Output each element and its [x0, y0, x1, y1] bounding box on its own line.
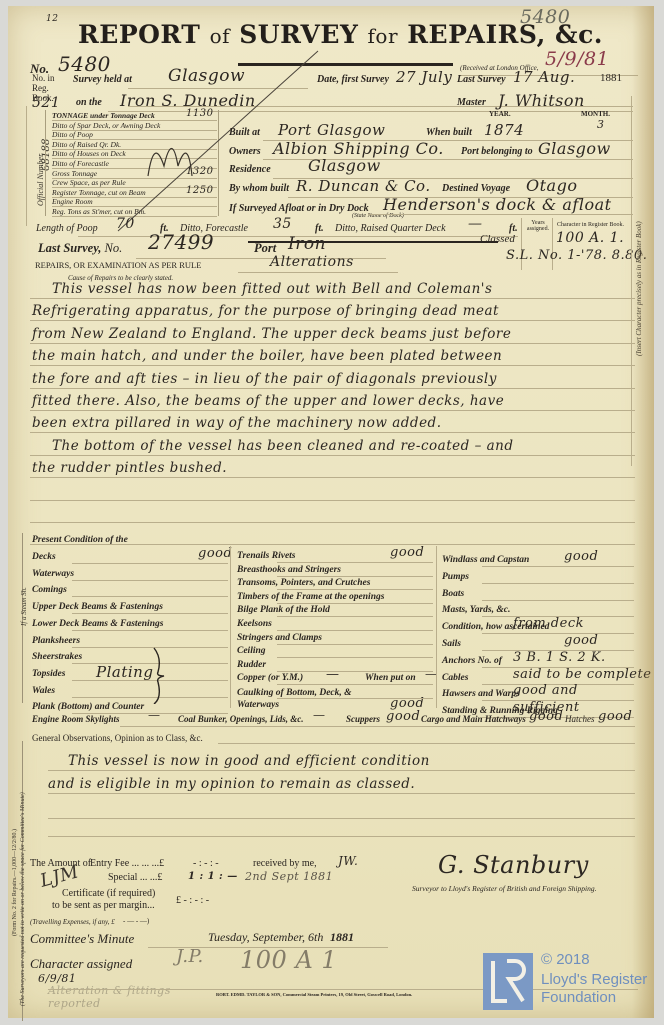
master-label: Master — [457, 97, 486, 108]
surveyed-label: If Surveyed Afloat or in Dry Dock — [229, 203, 369, 214]
voyage-value: Otago — [526, 176, 577, 195]
repairs-label: REPAIRS, OR EXAMINATION AS PER RULE — [35, 260, 201, 270]
tonnage-label: Engine Room — [52, 197, 93, 206]
character-initials: J.P. — [176, 946, 204, 967]
title-repairs: REPAIRS, &c. — [407, 20, 603, 49]
character-assigned-value: 100 A 1 — [240, 946, 337, 974]
forecastle-value: 35 — [273, 216, 292, 232]
years-assigned-label: Years assigned. — [525, 220, 551, 232]
corner-note: 12 — [46, 14, 58, 24]
last-survey-label: Last Survey — [457, 74, 506, 85]
condition-value: good — [564, 633, 598, 648]
surveyor-title: Surveyor to Lloyd's Register of British … — [412, 884, 596, 893]
residence-label: Residence — [229, 164, 271, 175]
length-poop-value: 70 — [116, 216, 135, 232]
condition-label: Bilge Plank of the Hold — [237, 605, 330, 615]
port-value: Iron — [288, 234, 326, 254]
faint-note: Alteration & fittings reported — [48, 984, 198, 1010]
year-label: YEAR. — [489, 110, 511, 118]
last-survey-label: Last Survey, — [38, 241, 101, 255]
committee-minute-year: 1881 — [330, 930, 354, 945]
lr-logo-icon — [483, 953, 533, 1010]
hatches-label: Hatches — [565, 714, 595, 724]
condition-label: Caulking of Bottom, Deck, & Waterways — [237, 687, 387, 711]
condition-value: good — [198, 546, 232, 561]
travelling-label: (Travelling Expenses, if any, £ — [30, 918, 115, 926]
committee-minute-date: Tuesday, September, 6th — [208, 930, 323, 945]
when-built-label: When built — [426, 127, 472, 138]
repairs-value: Alterations — [270, 254, 354, 270]
received-initials: JW. — [338, 854, 358, 868]
printer-imprint: ROBT. EDMD. TAYLOR & SON, Commercial Ste… — [216, 992, 412, 997]
special-label: Special ... ...£ — [108, 872, 162, 883]
condition-label: Trenails Rivets — [237, 551, 296, 561]
hatches-value: good — [598, 709, 632, 724]
condition-label: Waterways — [32, 569, 74, 579]
observations-label: General Observations, Opinion as to Clas… — [32, 733, 203, 743]
when-put-on-label: When put on — [365, 673, 416, 683]
surveyors-note: (The Surveyors are requested not to writ… — [20, 792, 26, 1006]
classed-label: Classed — [480, 233, 515, 245]
length-poop-label: Length of Poop — [36, 223, 98, 234]
title-report: REPORT — [78, 20, 200, 49]
tonnage-label: Ditto of Poop — [52, 130, 93, 139]
condition-value: — — [326, 667, 340, 682]
port-belonging-label: Port belonging to — [461, 146, 533, 157]
classed-value: 100 A. 1. — [556, 230, 624, 246]
month-label: MONTH. — [581, 110, 610, 118]
page-title: REPORT of SURVEY for REPAIRS, &c. — [78, 20, 603, 49]
condition-value: good — [564, 549, 598, 564]
condition-value: good — [390, 545, 424, 560]
condition-label: Boats — [442, 589, 464, 599]
condition-value: 3 B. 1 S. 2 K. — [513, 650, 606, 665]
entry-fee-value: - : - : - — [193, 858, 219, 869]
condition-label: Rudder — [237, 660, 266, 670]
lr-watermark-text: © 2018 Lloyd's Register Foundation — [541, 951, 647, 1007]
condition-label: Breasthooks and Stringers — [237, 565, 341, 575]
raised-qd-label: Ditto, Raised Quarter Deck — [335, 223, 446, 234]
scuppers-label: Scuppers — [346, 714, 380, 724]
received-by-label: received by me, — [253, 858, 317, 869]
condition-label: Keelsons — [237, 619, 272, 629]
last-survey-no-label: No. — [105, 241, 123, 255]
month-value: 3 — [597, 118, 605, 131]
title-of: of — [210, 24, 230, 48]
steamer-note: If a Steam Sh. — [20, 587, 28, 626]
cargo-hatch-value: good — [529, 709, 563, 724]
ft-label-2: ft. — [315, 223, 324, 234]
topsides-brace — [148, 646, 168, 704]
org-line-1: Lloyd's Register — [541, 971, 647, 989]
engine-skylights-label: Engine Room Skylights — [32, 714, 120, 724]
condition-label: Ceiling — [237, 646, 266, 656]
scuppers-value: good — [386, 709, 420, 724]
condition-label: Lower Deck Beams & Fastenings — [32, 619, 163, 629]
condition-label: Upper Deck Beams & Fastenings — [32, 602, 163, 612]
residence-value: Glasgow — [308, 156, 381, 175]
condition-value: good and — [513, 683, 578, 698]
condition-label: Windlass and Capstan — [442, 555, 529, 565]
surveyed-value: Henderson's dock & afloat — [383, 195, 612, 214]
tonnage-label: Gross Tonnage — [52, 169, 97, 178]
reg-book-number: 521 — [32, 95, 60, 111]
condition-label: Sails — [442, 639, 461, 649]
copyright: © 2018 — [541, 951, 647, 968]
character-margin-note: (Insert Character precisely as in Regist… — [635, 221, 643, 356]
last-survey-year: 1881 — [600, 72, 622, 84]
port-belonging-value: Glasgow — [538, 139, 611, 158]
last-survey-heading: Last Survey, No. — [38, 241, 122, 256]
committee-minute-label: Committee's Minute — [30, 931, 134, 947]
title-for: for — [368, 24, 399, 48]
character-assigned-label: Character assigned — [30, 956, 132, 972]
when-built-value: 1874 — [484, 121, 524, 139]
certificate-label-2: to be sent as per margin... — [52, 900, 155, 911]
surveyor-signature: G. Stanbury — [438, 851, 589, 879]
certificate-label: Certificate (if required) — [62, 888, 155, 899]
condition-label: Planksheers — [32, 636, 80, 646]
condition-label: Sheerstrakes — [32, 652, 82, 662]
condition-label: Timbers of the Frame at the openings — [237, 592, 384, 602]
condition-label: Anchors No. of — [442, 656, 502, 666]
condition-label: Stringers and Clamps — [237, 633, 322, 643]
last-survey-number: 27499 — [148, 230, 214, 254]
condition-label: Comings — [32, 585, 67, 595]
condition-label: Cables — [442, 673, 468, 683]
condition-value: from deck — [513, 616, 584, 631]
condition-label: Hawsers and Warps — [442, 689, 520, 699]
coal-bunker-label: Coal Bunker, Openings, Lids, &c. — [178, 714, 304, 724]
character-label: Character in Register Book. — [557, 222, 624, 228]
built-at-value: Port Glasgow — [278, 121, 385, 139]
condition-value: said to be complete — [513, 667, 651, 682]
last-survey-value: 17 Aug. — [513, 68, 575, 86]
voyage-label: Destined Voyage — [442, 183, 510, 194]
condition-label: Plank (Bottom) and Counter — [32, 702, 144, 712]
condition-label: Decks — [32, 552, 56, 562]
engine-skylights-value: — — [148, 708, 161, 722]
built-by-label: By whom built — [229, 183, 289, 194]
condition-label: Transoms, Pointers, and Crutches — [237, 578, 370, 588]
condition-label: Copper (or Y.M.) — [237, 673, 303, 683]
first-survey-value: 27 July — [396, 68, 452, 86]
received-date: 5/9/81 — [545, 48, 609, 70]
condition-label: Wales — [32, 686, 55, 696]
org-line-2: Foundation — [541, 989, 647, 1007]
certificate-value: £ - : - : - — [176, 895, 209, 906]
form-note: (Form No. 2 for Repairs.—1,000—12/2/80.) — [12, 829, 18, 936]
entry-fee-label: Entry Fee ... ... ...£ — [90, 858, 164, 869]
lr-logo — [483, 953, 533, 1010]
special-value: 1 : 1 : — — [188, 871, 238, 882]
condition-heading: Present Condition of the — [32, 535, 128, 545]
raised-qd-value: — — [468, 216, 483, 232]
cargo-hatch-label: Cargo and Main Hatchways — [421, 714, 526, 724]
title-survey: SURVEY — [239, 20, 358, 49]
built-at-label: Built at — [229, 127, 260, 138]
travelling-value: - — - —) — [123, 917, 149, 925]
owners-label: Owners — [229, 146, 261, 157]
special-date: 2nd Sept 1881 — [245, 870, 333, 883]
condition-label: Pumps — [442, 572, 469, 582]
built-by-value: R. Duncan & Co. — [296, 177, 431, 195]
classed-note: S.L. No. 1-'78. 8.80. — [506, 248, 647, 263]
condition-label: Topsides — [32, 669, 65, 679]
condition-value: Plating — [96, 663, 153, 681]
master-value: J. Whitson — [498, 91, 585, 110]
coal-bunker-value: — — [313, 708, 326, 722]
condition-label: Masts, Yards, &c. — [442, 605, 510, 615]
survey-report-page: 12 5480 REPORT of SURVEY for REPAIRS, &c… — [8, 6, 654, 1018]
